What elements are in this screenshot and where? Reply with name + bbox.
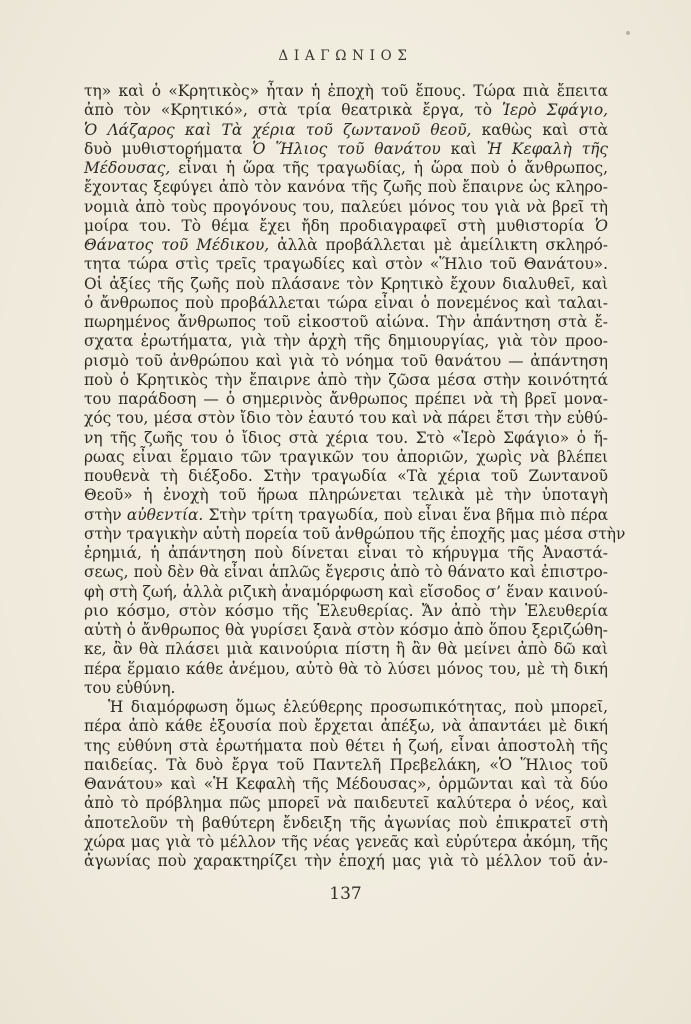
text-line: ρωας εἶναι ἕρμαιο τῶν τραγικῶν του ἀπορι… (84, 448, 608, 467)
text-segment: νομιὰ ἀπὸ τοὺς προγόνους του, παλεύει μό… (84, 198, 608, 216)
text-segment: πέρα ἀπὸ κάθε ἐξουσία ποὺ ἔρχεται ἀπέξω,… (84, 717, 608, 735)
book-title-italic: Ἱερὸ Σφάγιο, (502, 101, 608, 119)
text-segment: Θανάτου» καὶ «Ἡ Κεφαλὴ τῆς Μέδουσας», ὁρ… (84, 775, 608, 793)
text-line: Ὁ Λάζαρος καὶ Τὰ χέρια τοῦ ζωντανοῦ θεοῦ… (84, 121, 608, 140)
text-line: χώρα μας γιὰ τὸ μέλλον τῆς νέας γενεᾶς κ… (84, 833, 608, 852)
text-line: κε, ἂν θὰ πλάσει μιὰ καινούρια πίστη ἢ ἂ… (84, 640, 608, 659)
text-line: του παράδοση — ὁ σημερινὸς ἄνθρωπος πρέπ… (84, 390, 608, 409)
text-segment: φὴ στὴ ζωή, ἀλλὰ ριζικὴ ἀναμόρφωση καὶ ε… (84, 583, 608, 601)
text-line: πωρημένος ἄνθρωπος τοῦ εἰκοστοῦ αἰώνα. Τ… (84, 313, 608, 332)
text-segment: καθὼς καὶ στὰ (471, 121, 608, 139)
book-title-italic: Ὁ Λάζαρος καὶ Τὰ χέρια τοῦ ζωντανοῦ θεοῦ… (84, 121, 471, 139)
text-line: ποὺ ὁ Κρητικὸς τὴν ἔπαιρνε ἀπὸ τὴν ζῶσα … (84, 371, 608, 390)
text-segment: πωρημένος ἄνθρωπος τοῦ εἰκοστοῦ αἰώνα. Τ… (84, 313, 608, 331)
text-line: ἐρημιά, ἡ ἀπάντηση ποὺ δίνεται εἶναι τὸ … (84, 544, 608, 563)
text-block: τη» καὶ ὁ «Κρητικὸς» ἦταν ἡ ἐποχὴ τοῦ ἔπ… (84, 82, 608, 871)
text-line: του εὐθύνη. (84, 679, 608, 698)
page-number: 137 (0, 884, 691, 904)
text-line: Θανάτου» καὶ «Ἡ Κεφαλὴ τῆς Μέδουσας», ὁρ… (84, 775, 608, 794)
text-line: ἀπὸ τὸ πρόβλημα πῶς μπορεῖ νὰ παιδευτεῖ … (84, 794, 608, 813)
text-line: ἀπὸ τὸν «Κρητικό», στὰ τρία θεατρικὰ ἔργ… (84, 101, 608, 120)
text-line: ρισμὸ τοῦ ἀνθρώπου καὶ γιὰ τὸ νόημα τοῦ … (84, 352, 608, 371)
text-line: σεως, ποὺ δὲν θὰ εἶναι ἁπλῶς ἔγερσις ἀπὸ… (84, 563, 608, 582)
text-segment: τητα τώρα στὶς τρεῖς τραγωδίες καὶ στὸν … (84, 255, 608, 273)
text-segment: μοίρα του. Τὸ θέμα ἔχει ἤδη προδιαγραφεῖ… (84, 217, 595, 235)
text-segment: ἀγωνίας ποὺ χαρακτηρίζει τὴν ἐποχή μας γ… (84, 852, 608, 870)
text-line: Μέδουσας, εἶναι ἡ ὥρα τῆς τραγωδίας, ἡ ὥ… (84, 159, 608, 178)
text-line: μοίρα του. Τὸ θέμα ἔχει ἤδη προδιαγραφεῖ… (84, 217, 608, 236)
text-segment: καὶ (441, 140, 487, 158)
text-line: πουθενὰ τὴ διέξοδο. Στὴν τραγωδία «Τὰ χέ… (84, 467, 608, 486)
text-segment: αὐτὴ ὁ ἄνθρωπος θὰ γυρίσει ξανὰ στὸν κόσ… (84, 621, 608, 639)
text-segment: πουθενὰ τὴ διέξοδο. Στὴν τραγωδία «Τὰ χέ… (84, 467, 608, 485)
text-line: της εὐθύνη στὰ ἐρωτήματα ποὺ θέτει ἡ ζωή… (84, 737, 608, 756)
text-line: Ἡ διαμόρφωση ὅμως ἐλεύθερης προσωπικότητ… (84, 698, 608, 717)
text-segment: ὁ ἄνθρωπος ποὺ προβάλλεται τώρα εἶναι ὁ … (84, 294, 608, 312)
text-segment: δυὸ μυθιστορήματα (84, 140, 252, 158)
text-segment: ἀποτελοῦν τὴ βαθύτερη ἔνδειξη τῆς ἀγωνία… (84, 814, 608, 832)
text-line: τητα τώρα στὶς τρεῖς τραγωδίες καὶ στὸν … (84, 255, 608, 274)
text-segment: νη τῆς ζωῆς του ὁ ἴδιος στὰ χέρια του. Σ… (84, 429, 608, 447)
book-title-italic: Θάνατος τοῦ Μέδικου, (84, 236, 269, 254)
text-segment: ρισμὸ τοῦ ἀνθρώπου καὶ γιὰ τὸ νόημα τοῦ … (84, 352, 608, 370)
text-line: αὐτὴ ὁ ἄνθρωπος θὰ γυρίσει ξανὰ στὸν κόσ… (84, 621, 608, 640)
text-segment: ποὺ ὁ Κρητικὸς τὴν ἔπαιρνε ἀπὸ τὴν ζῶσα … (84, 371, 608, 389)
text-segment: ἀπὸ τὸν «Κρητικό», στὰ τρία θεατρικὰ ἔργ… (84, 101, 502, 119)
text-segment: στὴν (84, 506, 127, 524)
text-segment: πέρα ἕρμαιο κάθε ἀνέμου, αὐτὸ θὰ τὸ λύσε… (84, 660, 608, 678)
text-segment: Στὴν τρίτη τραγωδία, ποὺ εἶναι ἕνα βῆμα … (203, 506, 608, 524)
text-line: στὴν αὐθεντία. Στὴν τρίτη τραγωδία, ποὺ … (84, 506, 608, 525)
text-segment: παιδείας. Τὰ δυὸ ἔργα τοῦ Παντελῆ Πρεβελ… (84, 756, 608, 774)
text-line: πέρα ἕρμαιο κάθε ἀνέμου, αὐτὸ θὰ τὸ λύσε… (84, 660, 608, 679)
text-line: νομιὰ ἀπὸ τοὺς προγόνους του, παλεύει μό… (84, 198, 608, 217)
text-segment: Ἡ διαμόρφωση ὅμως ἐλεύθερης προσωπικότητ… (108, 698, 608, 716)
text-line: νη τῆς ζωῆς του ὁ ἴδιος στὰ χέρια του. Σ… (84, 429, 608, 448)
book-title-italic: Ὁ (595, 217, 608, 235)
text-line: ὁ ἄνθρωπος ποὺ προβάλλεται τώρα εἶναι ὁ … (84, 294, 608, 313)
text-line: παιδείας. Τὰ δυὸ ἔργα τοῦ Παντελῆ Πρεβελ… (84, 756, 608, 775)
text-segment: του εὐθύνη. (84, 679, 175, 697)
text-line: στὴν τραγικὴν αὐτὴ πορεία τοῦ ἀνθρώπου τ… (84, 525, 608, 544)
scanned-book-page: ΔΙΑΓΩΝΙΟΣ τη» καὶ ὁ «Κρητικὸς» ἦταν ἡ ἐπ… (0, 0, 691, 1024)
print-speck-artifact (626, 31, 630, 35)
text-line: ἔχοντας ξεφύγει ἀπὸ τὸν κανόνα τῆς ζωῆς … (84, 178, 608, 197)
text-line: Θεοῦ» ἡ ἐνοχὴ τοῦ ἥρωα πληρώνεται τελικὰ… (84, 486, 608, 505)
text-line: δυὸ μυθιστορήματα Ὁ Ἥλιος τοῦ θανάτου κα… (84, 140, 608, 159)
text-line: ἀποτελοῦν τὴ βαθύτερη ἔνδειξη τῆς ἀγωνία… (84, 814, 608, 833)
text-segment: χός του, μέσα στὸν ἴδιο τὸν ἑαυτό του κα… (84, 409, 608, 427)
book-title-italic: αὐθεντία. (127, 506, 203, 524)
text-line: Θάνατος τοῦ Μέδικου, ἀλλὰ προβάλλεται μὲ… (84, 236, 608, 255)
text-segment: ἔχοντας ξεφύγει ἀπὸ τὸν κανόνα τῆς ζωῆς … (84, 178, 608, 196)
text-line: ριο κόσμο, στὸν κόσμο τῆς Ἐλευθερίας. Ἄν… (84, 602, 608, 621)
text-segment: ρωας εἶναι ἕρμαιο τῶν τραγικῶν του ἀπορι… (84, 448, 608, 466)
text-line: φὴ στὴ ζωή, ἀλλὰ ριζικὴ ἀναμόρφωση καὶ ε… (84, 583, 608, 602)
text-segment: του παράδοση — ὁ σημερινὸς ἄνθρωπος πρέπ… (84, 390, 608, 408)
text-segment: Θεοῦ» ἡ ἐνοχὴ τοῦ ἥρωα πληρώνεται τελικὰ… (84, 486, 608, 504)
text-segment: Οἱ ἀξίες τῆς ζωῆς ποὺ πλάσανε τὸν Κρητικ… (84, 275, 608, 293)
text-segment: ἐρημιά, ἡ ἀπάντηση ποὺ δίνεται εἶναι τὸ … (84, 544, 608, 562)
text-segment: σχατα ἐρωτήματα, γιὰ τὴν ἀρχὴ τῆς δημιου… (84, 332, 608, 350)
text-segment: ἀπὸ τὸ πρόβλημα πῶς μπορεῖ νὰ παιδευτεῖ … (84, 794, 608, 812)
text-line: τη» καὶ ὁ «Κρητικὸς» ἦταν ἡ ἐποχὴ τοῦ ἔπ… (84, 82, 608, 101)
book-title-italic: Ὁ Ἥλιος τοῦ θανάτου (252, 140, 441, 158)
text-segment: της εὐθύνη στὰ ἐρωτήματα ποὺ θέτει ἡ ζωή… (84, 737, 608, 755)
text-segment: στὴν τραγικὴν αὐτὴ πορεία τοῦ ἀνθρώπου τ… (84, 525, 625, 543)
text-line: ἀγωνίας ποὺ χαρακτηρίζει τὴν ἐποχή μας γ… (84, 852, 608, 871)
text-line: Οἱ ἀξίες τῆς ζωῆς ποὺ πλάσανε τὸν Κρητικ… (84, 275, 608, 294)
book-title-italic: Ἡ Κεφαλὴ τῆς (487, 140, 608, 158)
text-segment: κε, ἂν θὰ πλάσει μιὰ καινούρια πίστη ἢ ἂ… (84, 640, 608, 658)
text-segment: τη» καὶ ὁ «Κρητικὸς» ἦταν ἡ ἐποχὴ τοῦ ἔπ… (84, 82, 608, 100)
text-line: χός του, μέσα στὸν ἴδιο τὸν ἑαυτό του κα… (84, 409, 608, 428)
text-segment: χώρα μας γιὰ τὸ μέλλον τῆς νέας γενεᾶς κ… (84, 833, 608, 851)
text-segment: ἀλλὰ προβάλλεται μὲ ἀμείλικτη σκληρό- (269, 236, 608, 254)
running-head: ΔΙΑΓΩΝΙΟΣ (0, 48, 691, 64)
text-segment: σεως, ποὺ δὲν θὰ εἶναι ἁπλῶς ἔγερσις ἀπὸ… (84, 563, 608, 581)
text-line: σχατα ἐρωτήματα, γιὰ τὴν ἀρχὴ τῆς δημιου… (84, 332, 608, 351)
book-title-italic: Μέδουσας, (84, 159, 170, 177)
text-segment: ριο κόσμο, στὸν κόσμο τῆς Ἐλευθερίας. Ἄν… (84, 602, 608, 620)
text-line: πέρα ἀπὸ κάθε ἐξουσία ποὺ ἔρχεται ἀπέξω,… (84, 717, 608, 736)
text-segment: εἶναι ἡ ὥρα τῆς τραγωδίας, ἡ ὥρα ποὺ ὁ ἄ… (170, 159, 608, 177)
